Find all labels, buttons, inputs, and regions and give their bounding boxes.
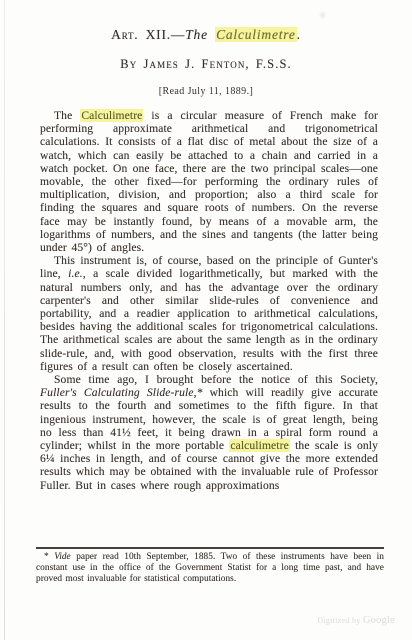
article-body: The Calculimetre is a circular measure o…	[40, 109, 378, 546]
text-segment: The	[54, 109, 80, 122]
paragraph-2: This instrument is, of course, based on …	[40, 254, 378, 373]
text-segment: , a scale divided logarithmetically, but…	[40, 267, 378, 372]
footnote: * Vide paper read 10th September, 1885. …	[36, 552, 384, 585]
title-period: .	[297, 27, 301, 42]
watermark-prefix: Digitized by	[317, 616, 363, 625]
highlighted-calculimetre: Calculimetre	[80, 109, 143, 122]
article-number: Art. XII.—	[111, 27, 185, 42]
footnote-marker: *	[44, 552, 54, 562]
article-header: Art. XII.—The Calculimetre. By James J. …	[0, 0, 412, 97]
title-highlighted-word: Calculimetre	[215, 27, 297, 42]
text-segment: is a circular measure of French make for…	[40, 109, 378, 254]
text-segment: Some time ago, I brought before the noti…	[54, 373, 378, 386]
highlighted-calculimetre: calculimetre	[229, 439, 290, 452]
scanned-book-page: Art. XII.—The Calculimetre. By James J. …	[0, 0, 412, 640]
digitized-by-google-watermark: Digitized by Google	[317, 615, 395, 626]
footnote-rule	[36, 547, 384, 549]
paragraph-3: Some time ago, I brought before the noti…	[40, 373, 378, 492]
title-the: The	[185, 27, 215, 42]
fullers-slide-rule-title: Fuller's Calculating Slide-rule,*	[40, 386, 202, 399]
paragraph-1: The Calculimetre is a circular measure o…	[40, 109, 378, 254]
article-title: Art. XII.—The Calculimetre.	[0, 27, 412, 43]
text-segment: paper read 10th September, 1885. Two of …	[36, 552, 384, 584]
read-date-note: [Read July 11, 1889.]	[0, 86, 412, 97]
google-logo-text: Google	[363, 615, 395, 626]
latin-abbreviation: i.e.	[68, 267, 83, 280]
vide-italic: Vide	[54, 552, 71, 562]
byline: By James J. Fenton, F.S.S.	[0, 57, 412, 72]
